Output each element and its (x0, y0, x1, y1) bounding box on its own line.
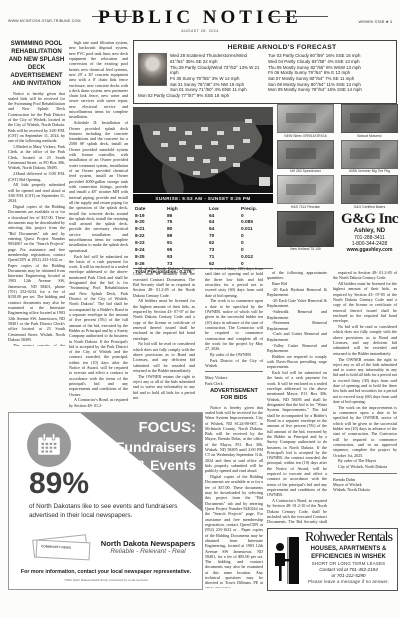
table-row: 8-21 80 64 0.011 (133, 227, 273, 234)
rohweder-line-efficiencies: EFFICIENCIES IN WISHEK (302, 554, 395, 562)
cell-low: 71 (209, 255, 241, 261)
nd-newspapers-tagline: Reliable - Relevant - Real (97, 548, 199, 557)
focus-fundraisers-ad: FOCUS: Fundraisers & Events 89% of North… (8, 412, 203, 590)
stat-description: of North Dakotans like to see events and… (29, 503, 181, 520)
gg-company-name: G&G Inc (341, 212, 398, 227)
us-weather-map (133, 107, 273, 193)
notice-water-title: ADVERTISEMENT FOR BIDS (205, 388, 263, 403)
newspaper-stack-graphic: COMMUNITY NEWS (33, 537, 91, 563)
flexrake-photo (277, 175, 334, 204)
focus-footer-line: For more information, contact your local… (13, 569, 199, 576)
notice-pool-col3-text: 10 of the North Dakota Century Code, sha… (133, 266, 195, 400)
cell-high: 89 (167, 234, 209, 240)
nd-newspapers-title: North Dakota Newspapers (97, 539, 199, 548)
notice-pool-col1-text: Notice is hereby given that sealed bids … (8, 91, 65, 346)
cell-precip: 0 (241, 214, 275, 220)
notice-column-6: required in Section 48- 01.2-05 of the N… (333, 270, 397, 524)
masthead-edition: WISHEK STAR ★ 3 (358, 19, 392, 24)
rohweder-text-block: Rohweder Rentals HOUSES, APARTMENTS & EF… (302, 531, 395, 584)
bobcat-mower-photo (341, 104, 398, 133)
signature-block-2: Brenda Dohn Mayor of Wishek Wishek, Nort… (333, 477, 397, 493)
fundraisers-word: Fundraisers (116, 438, 196, 456)
header-rule-right (268, 16, 328, 17)
focus-headline: FOCUS: Fundraisers & Events (116, 418, 196, 474)
notice-column-4: to exceed thirty (30) days from said dat… (205, 266, 263, 588)
table-row: 8-23 91 62 0 (133, 241, 273, 248)
weather-table-header: Date High Low Precip. (133, 206, 273, 213)
signature-block-1: Mary Vickers Park Clerk (205, 375, 263, 386)
photo-caption: 605N Vermeer Big Tire Pkg (341, 169, 398, 173)
cell-low: 70 (209, 234, 241, 240)
rohweder-rentals-ad: Rohweder Rentals HOUSES, APARTMENTS & EF… (267, 528, 398, 591)
gg-ad-left-column: NEW Sitrex GR9/14/GRX16 NH 260 Speedrowe… (277, 104, 334, 253)
table-row: 8-24 95 73 0 (133, 248, 273, 255)
notice-pool-title: SWIMMING POOL REHABILITATION AND NEW SPL… (8, 40, 65, 88)
speedrower-photo (277, 140, 334, 169)
photo-caption: New Holland T8 155 (277, 247, 334, 251)
notice-pool-column-1: SWIMMING POOL REHABILITATION AND NEW SPL… (8, 40, 65, 346)
cell-low: 64 (209, 227, 241, 233)
herbie-photo (138, 53, 167, 86)
certified-balers-photo (341, 175, 398, 204)
rohweder-lease-terms: SHORT OR LONG TERM LEASES (302, 561, 395, 567)
photo-caption: H&S 7114 Flexrake (277, 205, 334, 209)
signatory-title: Park Clerk (205, 381, 263, 386)
calendar-icon (27, 423, 71, 467)
cell-date: 8-21 (135, 227, 167, 233)
table-row: 8-20 75 64 0.085 (133, 220, 273, 227)
nd-newspapers-block: North Dakota Newspapers Reliable - Relev… (97, 539, 199, 557)
cell-high: 80 (167, 227, 209, 233)
cell-precip: 0.012 (241, 255, 275, 261)
cell-precip: 0 (241, 234, 275, 240)
page-title: PUBLIC NOTICE (0, 8, 400, 27)
notice-pool-column-2: high rate sand filtration system, new ba… (69, 40, 128, 420)
cell-high: 91 (167, 241, 209, 247)
newspaper-front (36, 540, 91, 561)
signature-divider (205, 371, 263, 372)
vermeer-baler-photo (341, 140, 398, 169)
forecast-left-column: Wed 28 Scattered Thunderstorms/Wind 81°/… (138, 53, 262, 98)
masthead-date: AUGUST 28, 2024 (0, 29, 400, 33)
rohweder-line-houses: HOUSES, APARTMENTS & (302, 546, 395, 554)
gg-inc-ad: NEW Sitrex GR9/14/GRX16 NH 260 Speedrowe… (277, 104, 398, 266)
rohweder-title: Rohweder Rentals (302, 531, 395, 545)
gg-website: www.ggashley.com (341, 247, 398, 254)
photo-caption: NEW Sitrex GR9/14/GRX16 (277, 134, 334, 138)
cell-low: 64 (209, 214, 241, 220)
cell-date: 8-20 (135, 220, 167, 226)
notice-water-col4-text: Notice is hereby given that sealed bids … (205, 405, 263, 588)
col-header-date: Date (135, 207, 167, 213)
notice-pool-col4-text: to exceed thirty (30) days from said dat… (205, 266, 263, 368)
gg-ad-right-column: Bobcat Mowers! 605N Vermeer Big Tire Pkg… (341, 104, 398, 254)
cell-date: 8-25 (135, 255, 167, 261)
photo-caption: NH 260 Speedrower (277, 169, 334, 173)
table-row: 8-22 89 70 0 (133, 234, 273, 241)
weather-map-graphic (133, 107, 273, 193)
events-word: & Events (116, 456, 196, 474)
col-header-high: High (167, 207, 209, 213)
cell-high: 75 (167, 220, 209, 226)
cell-low: 64 (209, 220, 241, 226)
notice-pool-col2-text: high rate sand filtration system, new ba… (69, 40, 128, 408)
cell-precip: 0.085 (241, 220, 275, 226)
notice-water-col5-text: of the following approximate quantities:… (267, 270, 327, 524)
cell-date: 8-19 (135, 214, 167, 220)
cell-low: 62 (209, 241, 241, 247)
stat-percentage: 89% (29, 469, 89, 499)
photo-caption: G&G Certified Balers (341, 205, 398, 209)
door-person-icon (272, 535, 300, 592)
cell-high: 93 (167, 255, 209, 261)
focus-word: FOCUS: (116, 418, 196, 438)
forecast-right-lines: Tue 03 Partly Cloudy 80°/59° 16% SSE 15 … (268, 53, 392, 92)
signatory-city: Wishek, North Dakota (333, 487, 397, 492)
table-row: 8-25 93 71 0.012 (133, 255, 273, 262)
cell-date: 8-23 (135, 241, 167, 247)
cell-high: 95 (167, 248, 209, 254)
notice-water-col6-text: required in Section 48- 01.2-05 of the N… (333, 270, 397, 470)
signature-divider (333, 473, 397, 474)
table-row: 8-19 86 64 0 (133, 213, 273, 220)
col-header-precip: Precip. (241, 207, 275, 213)
focus-fine-print: *2024 North Dakota Media Study Conducted… (13, 578, 199, 582)
forecast-box: HERBIE ARNOLD'S FORECAST Wed 28 Scattere… (133, 40, 397, 104)
sunrise-sunset-bar: SUNRISE: 6:53 AM - SUNSET 8:26 PM (133, 194, 273, 203)
cell-high: 86 (167, 214, 209, 220)
gg-city: Ashley, ND (341, 228, 398, 235)
col-header-low: Low (209, 207, 241, 213)
cell-precip: 0.011 (241, 227, 275, 233)
sitrex-rake-photo (277, 104, 334, 133)
new-holland-tractor-photo (277, 211, 334, 247)
notice-pool-column-3: 10 of the North Dakota Century Code, sha… (133, 266, 195, 408)
cell-low: 73 (209, 248, 241, 254)
cell-precip: 0 (241, 248, 275, 254)
forecast-right-column: Tue 03 Partly Cloudy 80°/59° 16% SSE 15 … (268, 53, 392, 98)
notice-column-5: of the following approximate quantities:… (267, 270, 327, 524)
newspaper-page: WWW.MCINTOSH-STAR-TRIBUNE.COM PUBLIC NOT… (0, 0, 400, 618)
photo-caption: Bobcat Mowers! (341, 134, 398, 138)
forecast-title: HERBIE ARNOLD'S FORECAST (172, 44, 392, 51)
cell-date: 8-22 (135, 234, 167, 240)
cell-precip: 0 (241, 241, 275, 247)
rohweder-message-note: Please leave a message if no answer. (302, 579, 395, 585)
cell-date: 8-24 (135, 248, 167, 254)
